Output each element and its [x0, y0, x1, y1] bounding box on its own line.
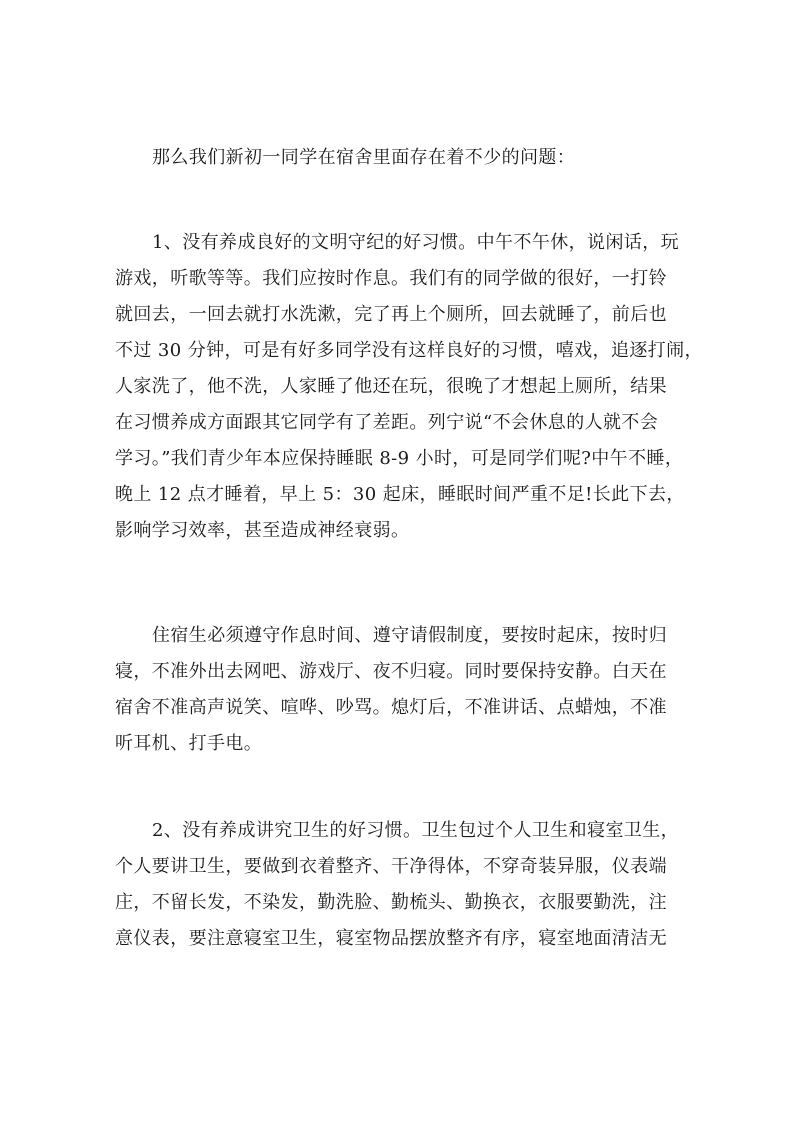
paragraph-line: 在习惯养成方面跟其它同学有了差距。列宁说“不会休息的人就不会 [115, 411, 675, 435]
paragraph-line: 寝，不准外出去网吧、游戏厅、夜不归寝。同时要保持安静。白天在 [115, 660, 675, 684]
paragraph-line: 意仪表，要注意寝室卫生，寝室物品摆放整齐有序，寝室地面清洁无 [115, 927, 675, 951]
intro-line: 那么我们新初一同学在宿舍里面存在着不少的问题： [152, 146, 675, 170]
paragraph-line: 不过 30 分钟，可是有好多同学没有这样良好的习惯，嘻戏，追逐打闹， [115, 339, 675, 363]
paragraph-line: 住宿生必须遵守作息时间、遵守请假制度，要按时起床，按时归 [152, 624, 675, 648]
paragraph-line: 学习。”我们青少年本应保持睡眠 8-9 小时，可是同学们呢?中午不睡， [115, 447, 675, 471]
document-page: 那么我们新初一同学在宿舍里面存在着不少的问题： 1、没有养成良好的文明守纪的好习… [0, 0, 793, 1122]
paragraph-line: 听耳机、打手电。 [115, 732, 675, 756]
paragraph-line: 就回去，一回去就打水洗漱，完了再上个厕所，回去就睡了，前后也 [115, 303, 675, 327]
paragraph-line: 宿舍不准高声说笑、喧哗、吵骂。熄灯后，不准讲话、点蜡烛，不准 [115, 696, 675, 720]
paragraph-line: 个人要讲卫生，要做到衣着整齐、干净得体，不穿奇装异服，仪表端 [115, 855, 675, 879]
paragraph-line: 人家洗了，他不洗，人家睡了他还在玩，很晚了才想起上厕所，结果 [115, 375, 675, 399]
paragraph-line: 庄，不留长发，不染发，勤洗脸、勤梳头、勤换衣，衣服要勤洗，注 [115, 891, 675, 915]
paragraph-line: 1、没有养成良好的文明守纪的好习惯。中午不午休，说闲话，玩 [152, 231, 675, 255]
paragraph-line: 2、没有养成讲究卫生的好习惯。卫生包过个人卫生和寝室卫生， [152, 819, 675, 843]
paragraph-line: 游戏，听歌等等。我们应按时作息。我们有的同学做的很好，一打铃 [115, 267, 675, 291]
paragraph-line: 晚上 12 点才睡着，早上 5：30 起床，睡眠时间严重不足!长此下去， [115, 483, 675, 507]
paragraph-line: 影响学习效率，甚至造成神经衰弱。 [115, 519, 675, 543]
